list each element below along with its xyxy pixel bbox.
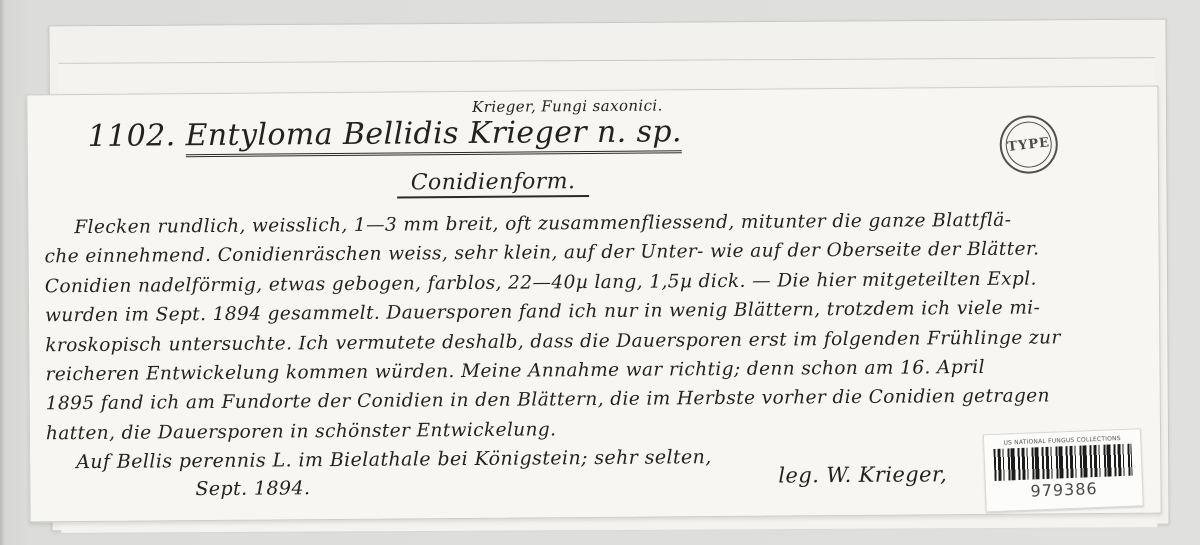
specimen-number: 1102. [88, 118, 176, 154]
exsiccata-series-header: Krieger, Fungi saxonici. [387, 96, 747, 117]
barcode-accession-number: 979386 [1030, 479, 1098, 501]
collector-signature: leg. W. Krieger, [778, 462, 947, 487]
species-name: Entyloma Bellidis Krieger n. sp. [185, 114, 682, 157]
type-stamp-icon: TYPE [997, 113, 1061, 177]
scanned-specimen-label: Krieger, Fungi saxonici. 1102.Entyloma B… [0, 0, 1200, 545]
specimen-label-sheet: Krieger, Fungi saxonici. 1102.Entyloma B… [26, 86, 1161, 523]
barcode-icon [993, 444, 1132, 481]
description-paragraph: Flecken rundlich, weisslich, 1—3 mm brei… [44, 205, 1146, 449]
habitat-host-line: Auf Bellis perennis L. im Bielathale bei… [76, 446, 712, 473]
accession-barcode-sticker: US NATIONAL FUNGUS COLLECTIONS 979386 [983, 428, 1144, 512]
collection-date: Sept. 1894. [195, 477, 310, 500]
type-stamp-inner-ring: TYPE [1003, 119, 1054, 170]
specimen-subtitle: Conidienform. [328, 168, 658, 196]
type-stamp-label: TYPE [1007, 135, 1051, 155]
subtitle-text: Conidienform. [397, 169, 590, 199]
specimen-title: 1102.Entyloma Bellidis Krieger n. sp. [88, 114, 682, 154]
